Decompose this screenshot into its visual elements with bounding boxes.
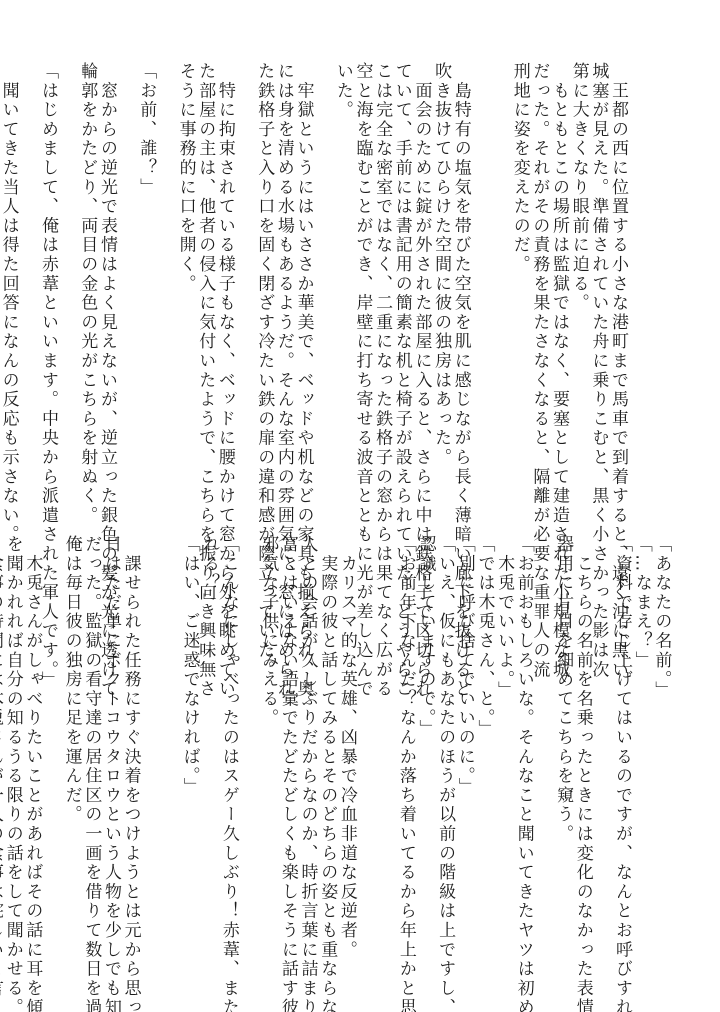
- text-column: 「お前、誰？」: [136, 62, 156, 492]
- text-column: 第に大きくなり眼前に迫る。: [568, 62, 588, 492]
- text-column: 吹き抜けてひらけた空間に彼の独房はあった。: [430, 62, 450, 492]
- text-column: には身を清める水場もあるようだ。そんな室内の雰囲気に、窓にはめられ: [273, 62, 293, 492]
- text-column: [41, 535, 61, 965]
- text-column: 日はただ単にボクトコウタロウという人物を少しでも知ることが目的: [100, 535, 120, 965]
- text-column: [155, 62, 175, 492]
- text-column: 「いえ、仮にもあなたのほうが以前の階級は上ですし、年齢も年上と: [434, 535, 454, 965]
- text-column: [238, 535, 258, 965]
- text-column: [533, 535, 553, 965]
- text-column: だった。それがその責務を果たさなくなると、隔離が必要な重罪人の流: [529, 62, 549, 492]
- text-column: 聞いてきた当人は得た回答になんの反応も示さない。: [0, 62, 18, 492]
- text-column: 人との会話が久しぶりだからなのか、時折言葉に詰まりつつあまり豊: [297, 535, 317, 965]
- text-column: [159, 535, 179, 965]
- text-column: [592, 535, 612, 965]
- text-column: 「こんなにしゃべったのはスゲー久しぶり！赤葦、また会いに来てく: [218, 535, 238, 965]
- text-column: こちらの名前を名乗ったときには変化のなかった表情をのぞかせ、: [572, 535, 592, 965]
- text-column: こは完全な密室ではなく、二重になった鉄格子の窓からは果てなく広がる: [371, 62, 391, 492]
- text-column: ていて、手前には書記用の簡素な机と椅子が設えられていた。どうやらこ: [391, 62, 411, 492]
- text-column: [670, 535, 690, 965]
- text-column: 島特有の塩気を帯びた空気を肌に感じながら長く薄暗い廊下を抜けると: [450, 62, 470, 492]
- text-column: [116, 62, 136, 492]
- text-column: [356, 535, 376, 965]
- text-column: れる？」: [199, 535, 219, 965]
- text-column: 食事の時間には木兎さんが一人の食事は侘しいと言うので、鉄格子: [0, 535, 2, 965]
- text-column: 刑地に姿を変えたのだ。: [509, 62, 529, 492]
- text-column: [470, 62, 490, 492]
- text-column: 「では木兎さん、と。」: [474, 535, 494, 965]
- text-column: 王都の西に位置する小さな港町まで馬車で到着すると、遠く沖に黒い: [607, 62, 627, 492]
- text-column: だった。監獄の看守達の居住区の一画を借りて数日を過ごし、その間: [81, 535, 101, 965]
- text-column: 「…なまえ？」: [631, 535, 651, 965]
- text-column: [18, 62, 38, 492]
- text-column: 「資料で存じ上げてはいるのですが、なんとお呼びすればいいですか？」: [611, 535, 631, 965]
- text-column: 「別に呼び捨てでいいのに。」: [454, 535, 474, 965]
- text-column: 課せられた任務にすぐ決着をつけようとは元から思ってはなく、今: [120, 535, 140, 965]
- text-column: 特に拘束されている様子もなく、ベッドに腰かけて窓から外を眺めてい: [214, 62, 234, 492]
- text-column: [57, 62, 77, 492]
- text-column: た部屋の主は、他者の侵入に気付いたようで、こちらを振り向き興味無さ: [195, 62, 215, 492]
- text-column: 富とはいえない語彙でたどたどしくも楽しそうに話す彼は、どこか無: [277, 535, 297, 965]
- text-column: 器用に片目を細めてこちらを窺う。: [552, 535, 572, 965]
- text-column: 実際の彼と話してみるとそのどちらの姿とも重ならない。: [317, 535, 337, 965]
- text-column: を聞かれれば自分の知るうる限りの話をして聞かせる。: [2, 535, 22, 965]
- text-column: 「お前年下なんだ？なんか落ち着いてるから年上かと思った。」: [395, 535, 415, 965]
- text-column: 窓からの逆光で表情はよく見えないが、逆立った銀色の髪が光に透けて: [96, 62, 116, 492]
- text-column: 牢獄というにはいささか華美で、ベッドや机などの家具も揃えられ、奥: [293, 62, 313, 492]
- text-column: [140, 535, 160, 965]
- text-column: 俺は毎日彼の独房に足を運んだ。: [61, 535, 81, 965]
- text-column: [313, 62, 333, 492]
- text-column: [376, 535, 396, 965]
- text-column: いた。: [332, 62, 352, 492]
- text-column: 「はじめまして、俺は赤葦といいます。中央から派遣された軍人です。」: [37, 62, 57, 492]
- novel-page: 王都の西に位置する小さな港町まで馬車で到着すると、遠く沖に黒い城塞が見えた。準備…: [0, 0, 720, 1012]
- text-column: 面会のために錠が外された部屋に入ると、さらに中は鉄格子で区切られ: [411, 62, 431, 492]
- text-column: 木兎さんがしゃべりたいことがあればその話に耳を傾け、外のこと: [22, 535, 42, 965]
- text-column: 輪郭をかたどり、両目の金色の光がこちらを射ぬく。: [77, 62, 97, 492]
- text-column: カリスマ的な英雄、凶暴で冷血非道な反逆者。: [336, 535, 356, 965]
- text-column: もともとこの場所は監獄ではなく、要塞として建造された小規模な城: [548, 62, 568, 492]
- text-column: 城塞が見えた。準備されていた舟に乗りこむと、黒く小さかった影は次: [588, 62, 608, 492]
- text-column: そうに事務的に口を開く。: [175, 62, 195, 492]
- text-column: 「あなたの名前。」: [651, 535, 671, 965]
- text-column: 空と海を臨むことができ、岸壁に打ち寄せる波音とともに光が差し込んで: [352, 62, 372, 492]
- text-column: 認識していますので。」: [415, 535, 435, 965]
- text-column: 「はい、ご迷惑でなければ。」: [179, 535, 199, 965]
- text-column: 「お前おもしろいな。そんなこと聞いてきたヤツは初めてだ。: [513, 535, 533, 965]
- text-column: 木兎でいいよ。」: [493, 535, 513, 965]
- text-column: [489, 62, 509, 492]
- text-column: た鉄格子と入り口を固く閉ざす冷たい鉄の扉の違和感が際立っていた。: [254, 62, 274, 492]
- upper-text-block: 王都の西に位置する小さな港町まで馬車で到着すると、遠く沖に黒い城塞が見えた。準備…: [0, 62, 627, 492]
- text-column: 邪気な子供にみえる。: [258, 535, 278, 965]
- text-column: [234, 62, 254, 492]
- lower-text-block: 「あなたの名前。」「…なまえ？」「資料で存じ上げてはいるのですが、なんとお呼びす…: [0, 535, 690, 965]
